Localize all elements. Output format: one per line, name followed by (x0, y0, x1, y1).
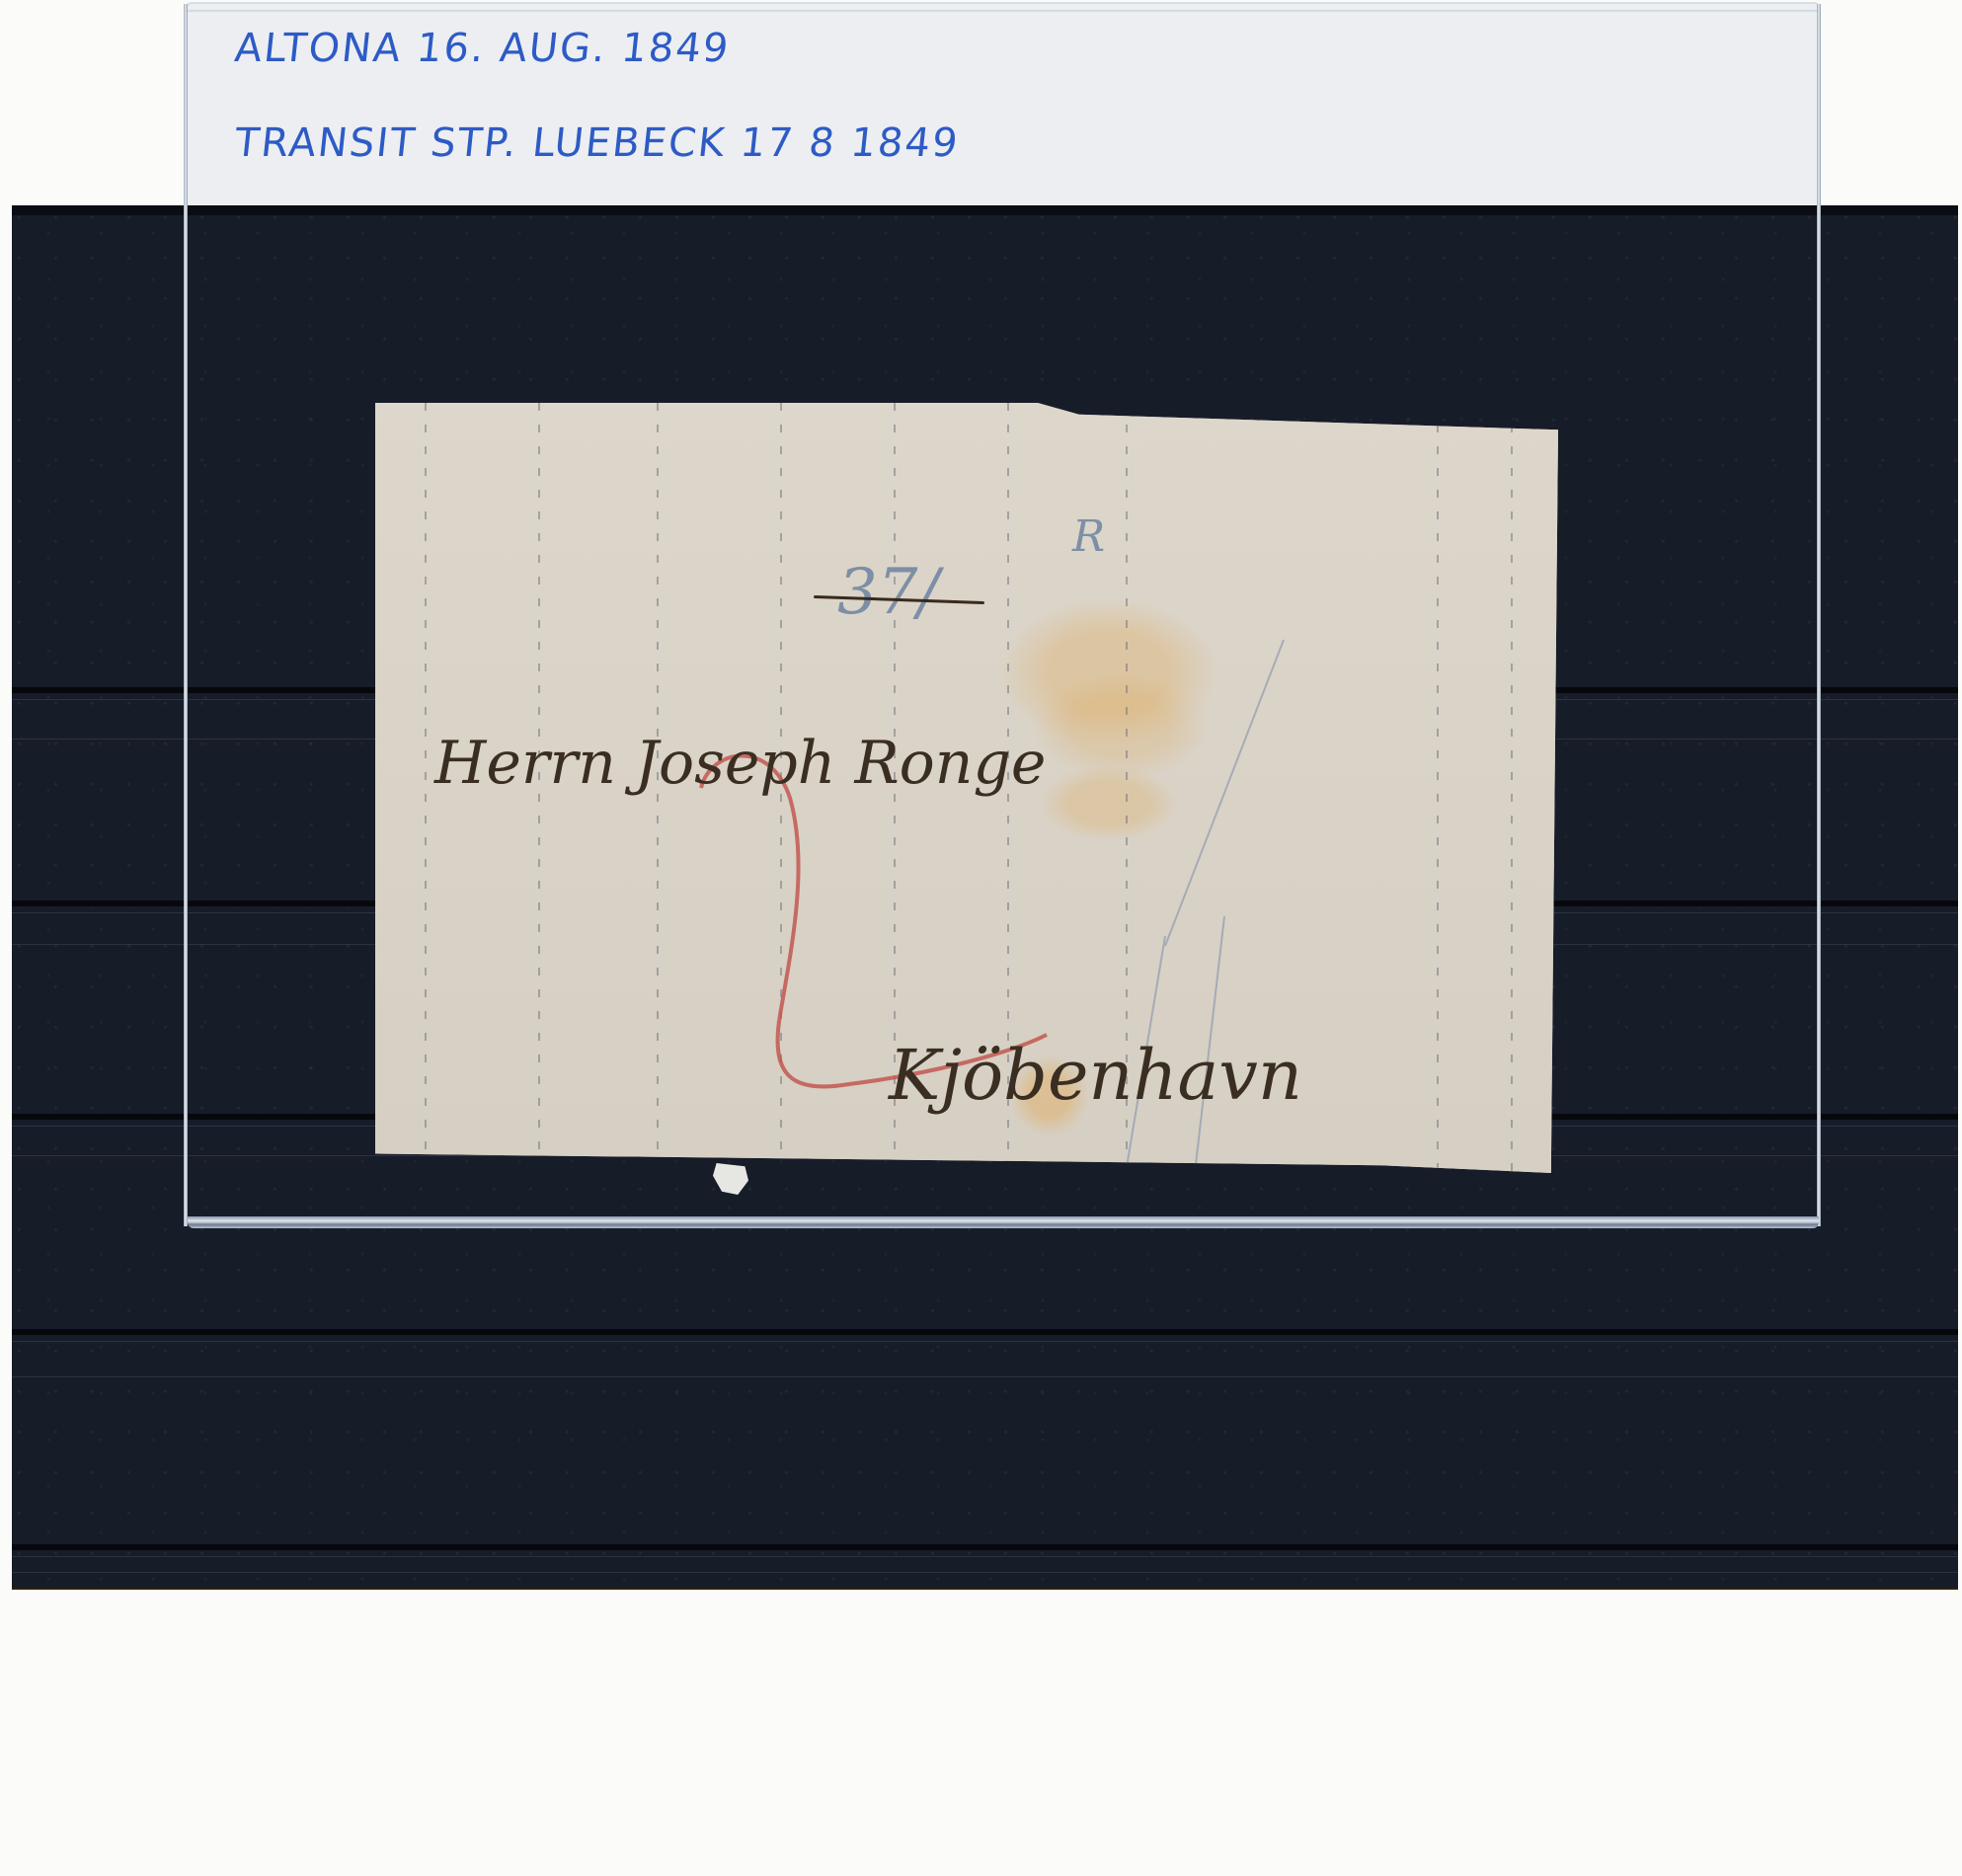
annotation-transit-postmark: TRANSIT STP. LUEBECK 17 8 1849 (233, 120, 962, 166)
postal-cover: 37/ R Herrn Joseph Ronge Kjöbenhavn (375, 403, 1558, 1173)
strip-divider (12, 1329, 1958, 1335)
strip-edge (12, 1376, 1958, 1377)
sleeve-right-edge (1817, 4, 1821, 1226)
strip-edge (12, 1556, 1958, 1557)
strip-edge (12, 1341, 1958, 1342)
strip-divider (12, 1544, 1958, 1550)
strip-edge (12, 1572, 1958, 1573)
sleeve-label-area: ALTONA 16. AUG. 1849 TRANSIT STP. LUEBEC… (186, 2, 1820, 205)
address-city: Kjöbenhavn (889, 1035, 1302, 1116)
sleeve-bottom-edge (188, 1216, 1819, 1228)
annotation-origin-postmark: ALTONA 16. AUG. 1849 (233, 26, 733, 71)
sleeve-left-edge (184, 4, 188, 1226)
address-name: Herrn Joseph Ronge (434, 729, 1046, 798)
